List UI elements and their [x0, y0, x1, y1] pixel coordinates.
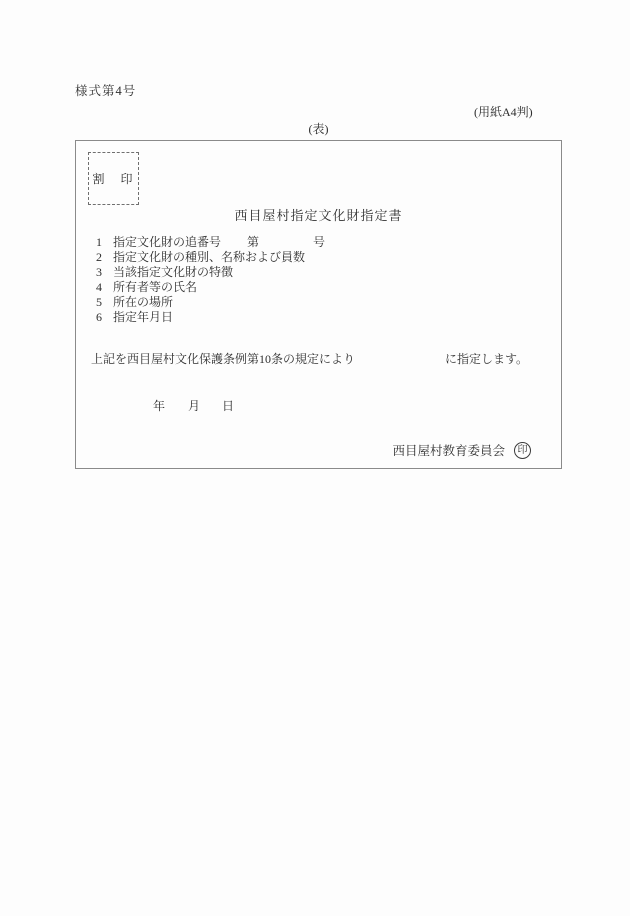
day-label: 日	[222, 399, 234, 413]
blank-number-prefix: 第	[247, 235, 259, 249]
list-item: 3当該指定文化財の特徴	[96, 265, 325, 280]
date-line: 年月日	[153, 397, 234, 414]
list-item: 5所在の場所	[96, 295, 325, 310]
statement-suffix: に指定します。	[445, 350, 528, 367]
item-label: 所在の場所	[113, 295, 173, 309]
item-number: 2	[96, 250, 113, 265]
issuer-organization: 西目屋村教育委員会	[392, 441, 505, 459]
paper-size-note: (用紙A4判)	[474, 103, 533, 120]
list-item: 6指定年月日	[96, 310, 325, 325]
issuer-line: 西目屋村教育委員会 印	[392, 441, 531, 459]
item-number: 3	[96, 265, 113, 280]
item-number: 4	[96, 280, 113, 295]
list-item: 2指定文化財の種別、名称および員数	[96, 250, 325, 265]
statement-prefix: 上記を西目屋村文化保護条例第10条の規定により	[91, 350, 355, 367]
item-list: 1指定文化財の追番号第号 2指定文化財の種別、名称および員数 3当該指定文化財の…	[96, 235, 325, 325]
tally-seal-box: 割 印	[88, 152, 139, 205]
item-number: 6	[96, 310, 113, 325]
item-label: 指定年月日	[113, 310, 173, 324]
certificate-title: 西目屋村指定文化財指定書	[76, 205, 561, 224]
item-label: 当該指定文化財の特徴	[113, 265, 233, 279]
tally-seal-label: 割 印	[92, 170, 134, 187]
item-label: 指定文化財の種別、名称および員数	[113, 250, 305, 264]
seal-icon: 印	[514, 442, 531, 459]
year-label: 年	[153, 399, 165, 413]
item-label: 指定文化財の追番号	[113, 235, 221, 249]
item-number: 5	[96, 295, 113, 310]
list-item: 4所有者等の氏名	[96, 280, 325, 295]
blank-number-suffix: 号	[313, 235, 325, 249]
side-label: (表)	[75, 120, 562, 137]
month-label: 月	[188, 399, 200, 413]
item-number: 1	[96, 235, 113, 250]
list-item: 1指定文化財の追番号第号	[96, 235, 325, 250]
item-label: 所有者等の氏名	[113, 280, 197, 294]
certificate-box: 割 印 西目屋村指定文化財指定書 1指定文化財の追番号第号 2指定文化財の種別、…	[75, 140, 562, 469]
form-number: 様式第4号	[75, 81, 136, 99]
